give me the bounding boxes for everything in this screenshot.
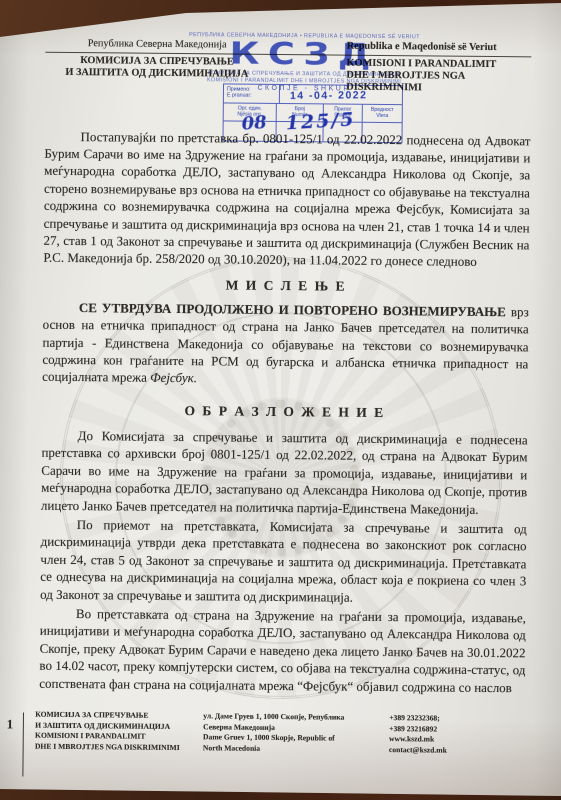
opinion-operative-part: СЕ УТВРДУВА ПРОДОЛЖЕНО И ПОВТОРЕНО ВОЗНЕ… [79, 300, 506, 319]
page-footer: 1 КОМИСИЈА ЗА СПРЕЧУВАЊЕ И ЗАШТИТА ОД ДИ… [0, 709, 558, 781]
document-sheet: Република Северна Македонија Republika e… [0, 0, 561, 800]
footer-org-sq2: DHE I MBROJTJES NGA DISKRIMINIMI [35, 741, 203, 753]
footer-address: ул. Даме Груев 1, 1000 Скопје, Република… [203, 711, 390, 780]
photo-scene: Република Северна Македонија Republika e… [0, 0, 561, 800]
intake-col-value-sq: Vlera [363, 113, 402, 119]
document-body: Постапувајќи по претставка бр. 0801-125/… [39, 127, 530, 696]
paragraph-2: По приемот на претставката, Комисијата з… [40, 516, 527, 608]
heading-opinion: М И С Л Е Њ Е [43, 276, 529, 297]
document-rotation-wrapper: Република Северна Македонија Republika e… [0, 0, 561, 800]
footer-email: contact@kszd.mk [389, 745, 509, 757]
letterhead-macedonian: Република Северна Македонија [45, 38, 269, 52]
intake-received-sq: E pranuar: [227, 93, 279, 100]
country-name-sq: Republika e Maqedonisë së Veriut [347, 41, 532, 55]
paragraph-3: Во претставката од страна на Здружение н… [39, 605, 526, 697]
opinion-paragraph-italic: Фејсбук. [150, 370, 197, 385]
country-name-mk: Република Северна Македонија [45, 38, 269, 52]
footer-contacts: +389 23232368; +389 23216892 www.kszd.mk… [389, 713, 510, 781]
handwritten-org-unit: 08 [241, 112, 268, 135]
intake-stamp-row-received: Примено: E pranuar: 14 -04- 2022 [224, 84, 402, 105]
letterhead-albanian: Republika e Maqedonisë së Veriut [347, 41, 532, 55]
handwritten-archive-number: 125/5 [285, 108, 356, 134]
footer-divider [22, 713, 24, 777]
footer-organization: КОМИСИЈА ЗА СПРЕЧУВАЊЕ И ЗАШТИТА ОД ДИСК… [35, 710, 204, 779]
intake-received-label: Примено: E pranuar: [224, 84, 280, 103]
paragraph-intro: Постапувајќи по претставка бр. 0801-125/… [43, 127, 530, 271]
intake-stamp-table: Примено: E pranuar: 14 -04- 2022 Орг. ед… [222, 83, 403, 143]
org-name-mk-line2: И ЗАШТИТА ОД ДИСКИМИНАЦИЈА [45, 67, 269, 81]
opinion-paragraph: СЕ УТВРДУВА ПРОДОЛЖЕНО И ПОВТОРЕНО ВОЗНЕ… [42, 299, 529, 391]
paragraph-1: До Комисијата за спречување и заштита од… [41, 427, 528, 519]
footer-phone1: +389 23232368; [389, 713, 509, 725]
intake-date-stamp: 14 -04- 2022 [280, 85, 402, 104]
heading-reasoning: О Б Р А З Л О Ж Е Н И Е [42, 402, 528, 423]
intake-value-cell-value [362, 123, 401, 142]
intake-col-value: Вредност Vlera [363, 105, 402, 122]
page-number: 1 [0, 709, 23, 776]
footer-address-en2: North Macedonia [203, 743, 389, 755]
